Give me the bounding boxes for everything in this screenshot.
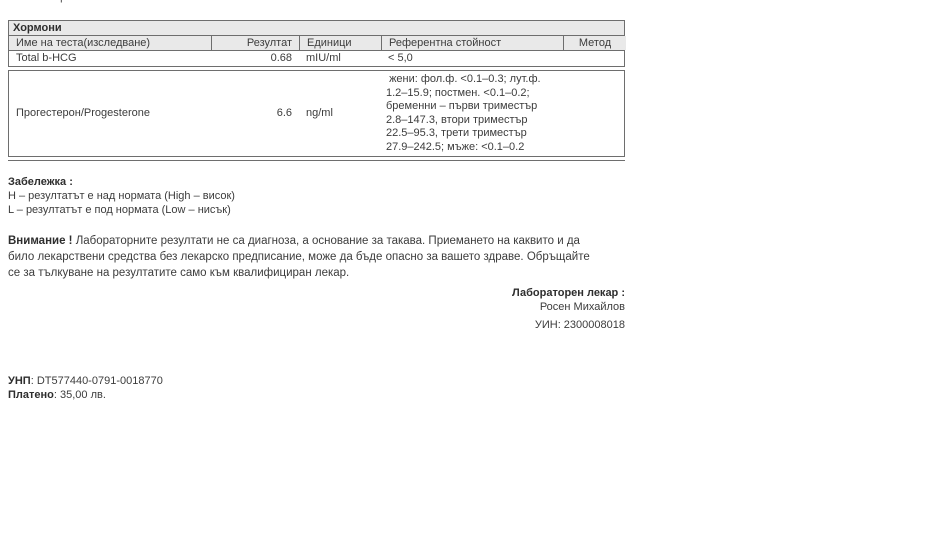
paid-line: Платено: 35,00 лв. (8, 388, 944, 402)
unp-value: : DT577440-0791-0018770 (31, 375, 163, 387)
table-bottom-rule (8, 160, 625, 161)
doctor-section: Лабораторен лекар : Росен Михайлов УИН: … (8, 286, 625, 332)
doctor-label: Лабораторен лекар : (8, 286, 625, 300)
doctor-name: Росен Михайлов (8, 300, 625, 314)
paid-label: Платено (8, 389, 54, 401)
note-section: Забележка : H – резултатът е над нормата… (8, 175, 944, 217)
table-section-title: Хормони (8, 20, 625, 36)
warning-text: Лабораторните резултати не са диагноза, … (8, 235, 590, 279)
test-method (563, 51, 626, 66)
test-name: Прогестерон/Progesterone (9, 71, 211, 156)
test-reference: < 5,0 (381, 51, 563, 66)
test-name: Total b-HCG (9, 51, 211, 66)
column-header-name: Име на теста(изследване) (9, 36, 211, 50)
warning-section: Внимание ! Лабораторните резултати не са… (8, 233, 648, 281)
results-table: Хормони Име на теста(изследване) Резулта… (8, 20, 625, 161)
test-units: mIU/ml (299, 51, 381, 66)
paid-value: : 35,00 лв. (54, 389, 106, 401)
test-reference: жени: фол.ф. <0.1–0.3; лут.ф. 1.2–15.9; … (381, 71, 563, 156)
table-row: Прогестерон/Progesterone 6.6 ng/ml жени:… (8, 70, 625, 157)
test-units: ng/ml (299, 71, 381, 156)
note-lines: H – резултатът е над нормата (High – вис… (8, 189, 944, 217)
column-header-result: Резултат (211, 36, 299, 50)
warning-title: Внимание ! (8, 235, 73, 247)
lab-report-page: СТРАНИЦА 1 Хормони Име на теста(изследва… (0, 0, 944, 402)
column-header-units: Единици (299, 36, 381, 50)
footer-section: УНП: DT577440-0791-0018770 Платено: 35,0… (8, 374, 944, 402)
test-result: 6.6 (211, 71, 299, 156)
note-title: Забележка : (8, 175, 944, 189)
unp-line: УНП: DT577440-0791-0018770 (8, 374, 944, 388)
clipped-top-text: СТРАНИЦА 1 (8, 0, 208, 4)
table-row: Total b-HCG 0.68 mIU/ml < 5,0 (8, 50, 625, 67)
doctor-uin: УИН: 2300008018 (8, 318, 625, 332)
column-header-reference: Референтна стойност (381, 36, 563, 50)
unp-label: УНП (8, 375, 31, 387)
test-method (563, 71, 626, 156)
table-header-row: Име на теста(изследване) Резултат Единиц… (8, 35, 625, 51)
column-header-method: Метод (563, 36, 626, 50)
test-result: 0.68 (211, 51, 299, 66)
